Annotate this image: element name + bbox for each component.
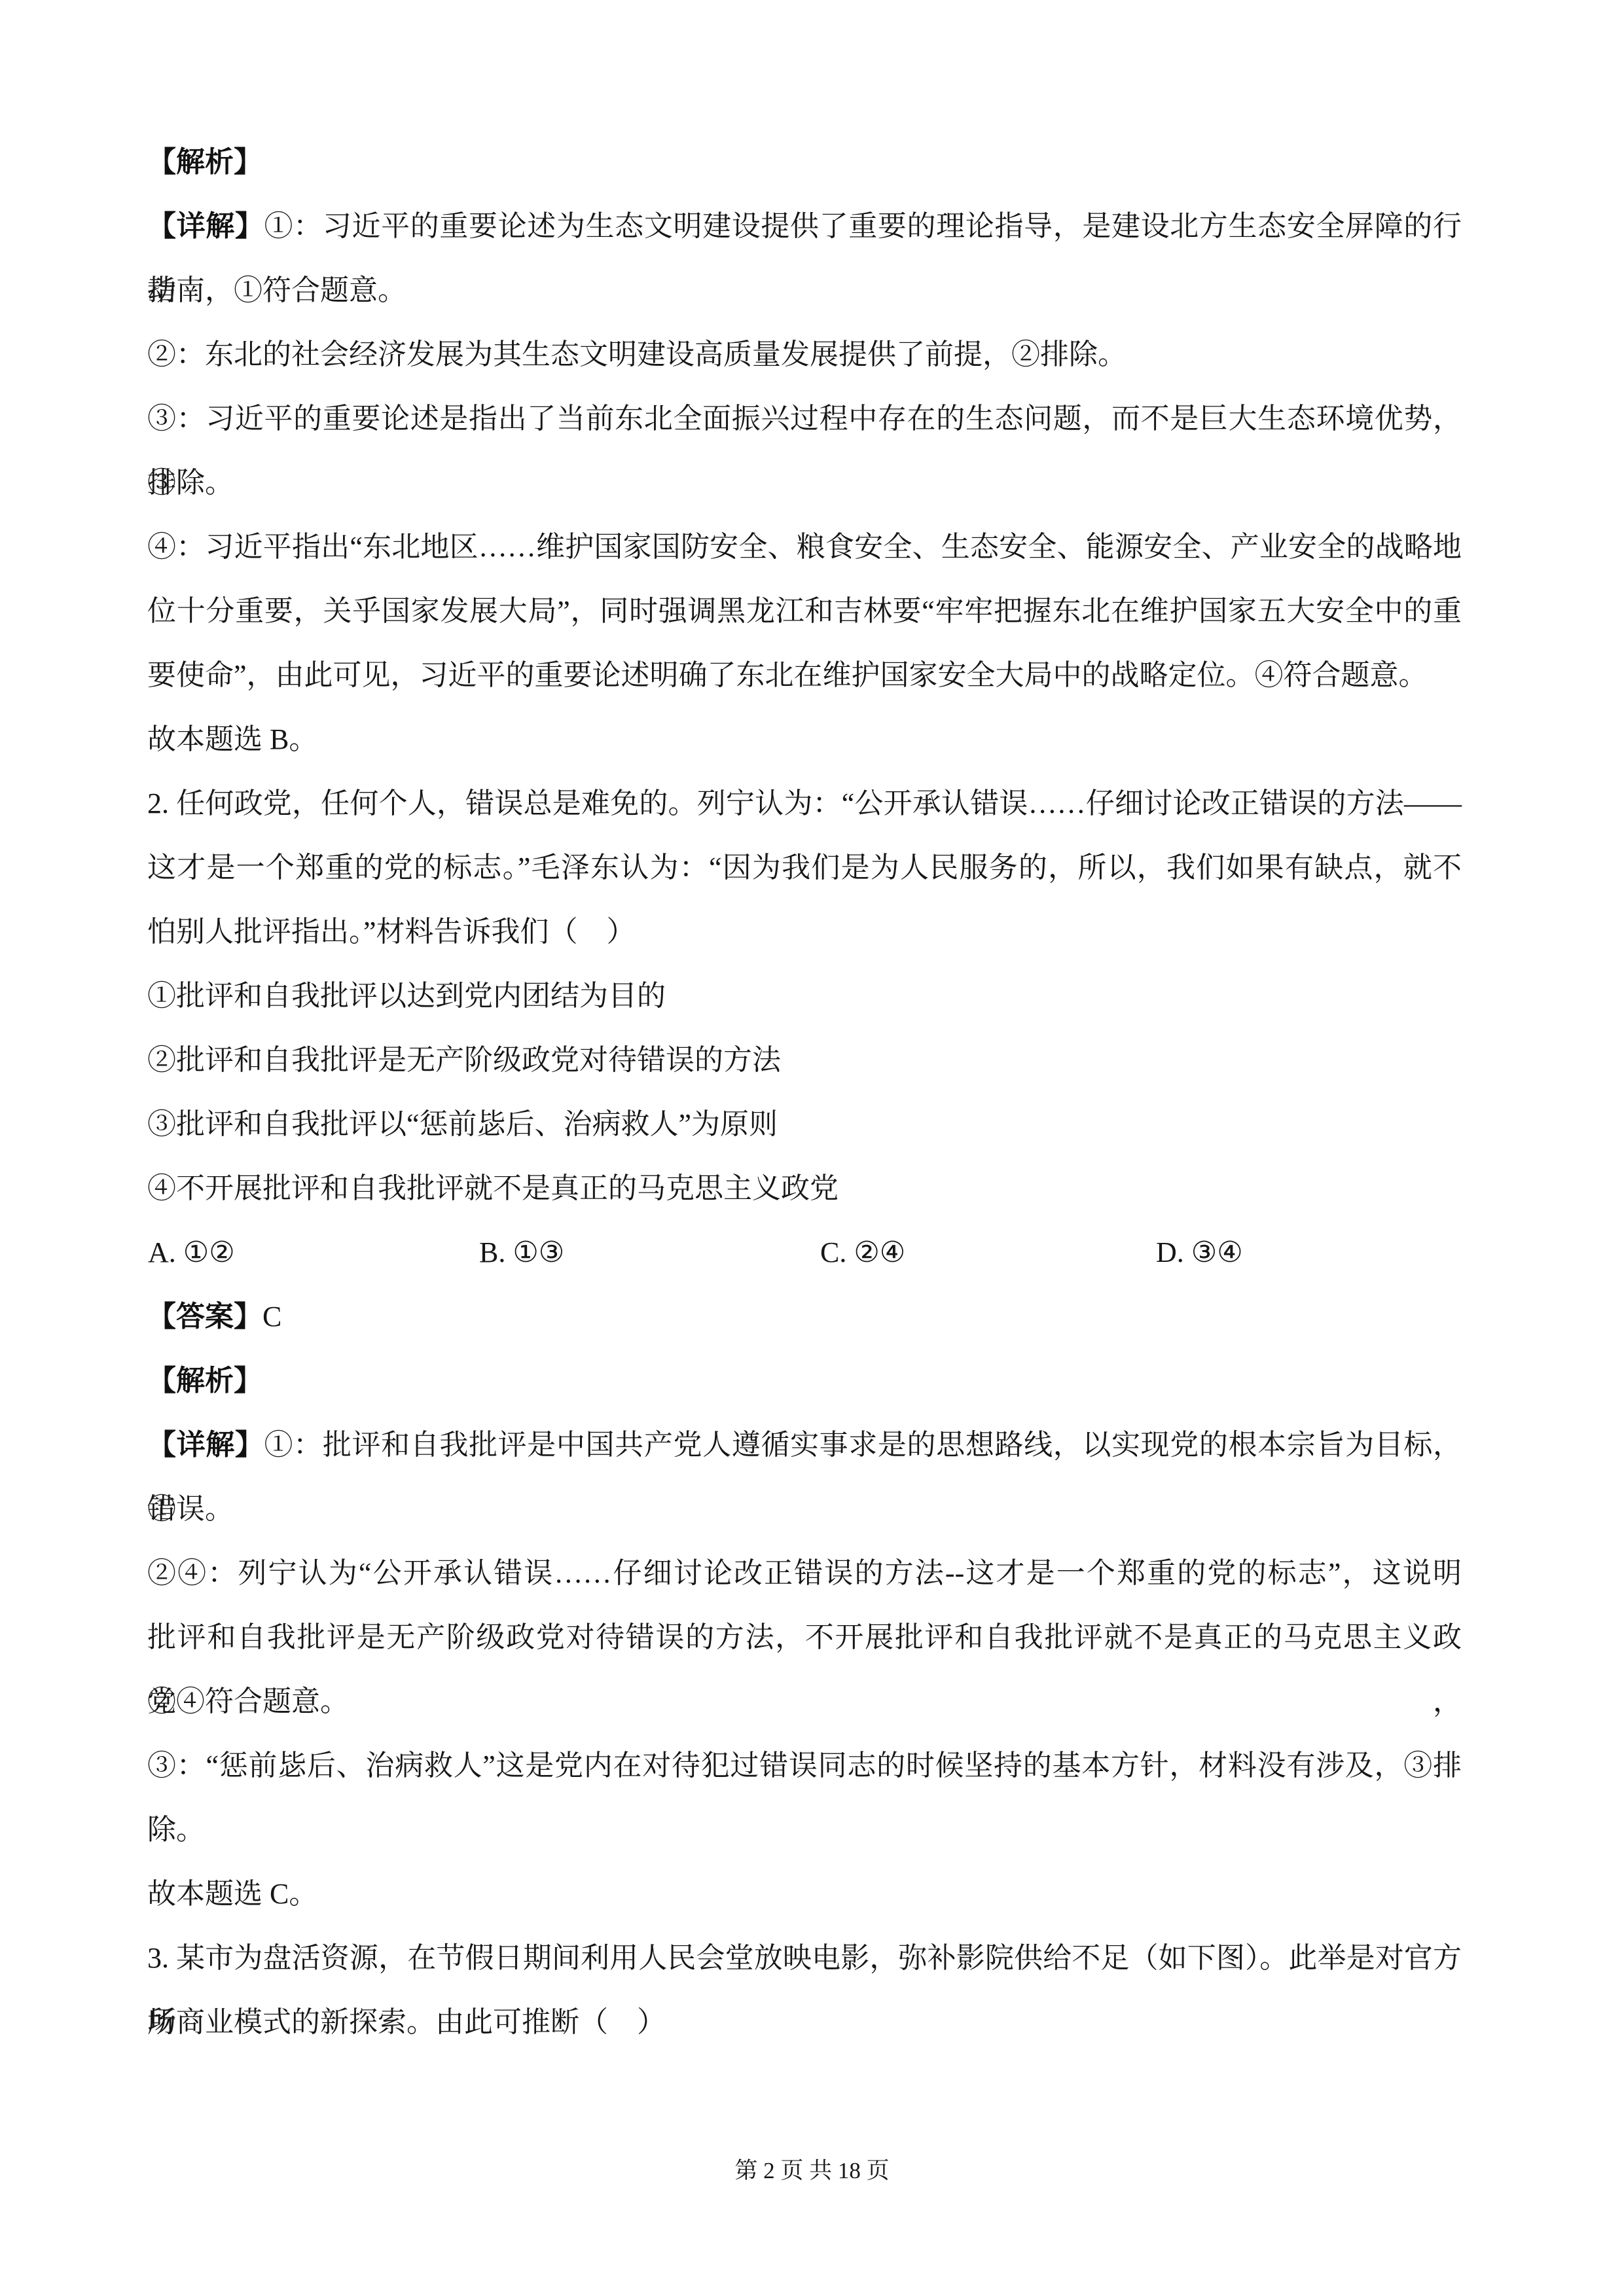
section-label: 【详解】 bbox=[147, 1429, 264, 1461]
q1-explanation-line: ④：习近平指出“东北地区……维护国家国防安全、粮食安全、生态安全、能源安全、产业… bbox=[147, 515, 1462, 579]
line-text: ③：“惩前毖后、治病救人”这是党内在对待犯过错误同志的时候坚持的基本方针，材料没… bbox=[147, 1749, 1462, 1782]
q2-statement-1: ①批评和自我批评以达到党内团结为目的 bbox=[147, 964, 1462, 1028]
line-text: 这才是一个郑重的党的标志。”毛泽东认为：“因为我们是为人民服务的，所以，我们如果… bbox=[147, 852, 1462, 884]
document-page: 【解析】 【详解】①：习近平的重要论述为生态文明建设提供了重要的理论指导，是建设… bbox=[0, 0, 1624, 2296]
q3-stem-line: 3. 某市为盘活资源，在节假日期间利用人民会堂放映电影，弥补影院供给不足（如下图… bbox=[147, 1926, 1462, 1990]
q2-answer-conclusion: 故本题选 C。 bbox=[147, 1862, 1462, 1926]
section-label: 【答案】 bbox=[147, 1300, 262, 1333]
line-text: ②：东北的社会经济发展为其生态文明建设高质量发展提供了前提，②排除。 bbox=[147, 338, 1127, 370]
line-text: 2. 任何政党，任何个人，错误总是难免的。列宁认为：“公开承认错误……仔细讨论改… bbox=[147, 787, 1462, 819]
line-text: ②批评和自我批评是无产阶级政党对待错误的方法 bbox=[147, 1044, 781, 1076]
q1-explanation-line: 排除。 bbox=[147, 451, 1462, 515]
q1-explanation-line: 要使命”，由此可见，习近平的重要论述明确了东北在维护国家安全大局中的战略定位。④… bbox=[147, 643, 1462, 708]
q2-explanation-line: 【详解】①：批评和自我批评是中国共产党人遵循实事求是的思想路线，以实现党的根本宗… bbox=[147, 1413, 1462, 1477]
option-c: C. ②④ bbox=[820, 1221, 905, 1285]
q3-stem-line: 所商业模式的新探索。由此可推断（ ） bbox=[147, 1990, 1462, 2054]
line-text: ②④符合题意。 bbox=[147, 1685, 349, 1717]
q1-explanation-line: ③：习近平的重要论述是指出了当前东北全面振兴过程中存在的生态问题，而不是巨大生态… bbox=[147, 387, 1462, 451]
line-text: ①批评和自我批评以达到党内团结为目的 bbox=[147, 980, 666, 1012]
q2-explanation-line: 除。 bbox=[147, 1798, 1462, 1862]
line-text: ④：习近平指出“东北地区……维护国家国防安全、粮食安全、生态安全、能源安全、产业… bbox=[147, 531, 1462, 563]
line-text: 排除。 bbox=[147, 467, 234, 499]
q2-explanation-line: ②④符合题意。 bbox=[147, 1670, 1462, 1734]
line-text: 指南，①符合题意。 bbox=[147, 274, 406, 306]
q2-stem-line: 2. 任何政党，任何个人，错误总是难免的。列宁认为：“公开承认错误……仔细讨论改… bbox=[147, 772, 1462, 836]
option-d: D. ③④ bbox=[1156, 1221, 1243, 1285]
line-text: 所商业模式的新探索。由此可推断（ ） bbox=[147, 2006, 666, 2038]
line-text: 错误。 bbox=[147, 1493, 234, 1525]
q2-explanation-line: 错误。 bbox=[147, 1477, 1462, 1541]
section-label: 【解析】 bbox=[147, 146, 262, 178]
q2-answer-line: 【答案】C bbox=[147, 1285, 1462, 1349]
line-text: ③批评和自我批评以“惩前毖后、治病救人”为原则 bbox=[147, 1108, 778, 1140]
q1-explanation-line: ②：东北的社会经济发展为其生态文明建设高质量发展提供了前提，②排除。 bbox=[147, 323, 1462, 387]
q1-explanation-line: 指南，①符合题意。 bbox=[147, 259, 1462, 323]
q2-statement-3: ③批评和自我批评以“惩前毖后、治病救人”为原则 bbox=[147, 1092, 1462, 1157]
option-b: B. ①③ bbox=[479, 1221, 564, 1285]
answer-value: C bbox=[262, 1300, 281, 1333]
q2-statement-4: ④不开展批评和自我批评就不是真正的马克思主义政党 bbox=[147, 1157, 1462, 1221]
page-footer: 第 2 页 共 18 页 bbox=[0, 2148, 1624, 2194]
q2-statement-2: ②批评和自我批评是无产阶级政党对待错误的方法 bbox=[147, 1028, 1462, 1092]
q2-stem-line: 怕别人批评指出。”材料告诉我们（ ） bbox=[147, 900, 1462, 964]
q2-options-row: A. ①② B. ①③ C. ②④ D. ③④ bbox=[147, 1221, 1462, 1285]
q1-explanation-line: 【详解】①：习近平的重要论述为生态文明建设提供了重要的理论指导，是建设北方生态安… bbox=[147, 194, 1462, 259]
line-text: ②④：列宁认为“公开承认错误……仔细讨论改正错误的方法--这才是一个郑重的党的标… bbox=[147, 1557, 1462, 1589]
document-body: 【解析】 【详解】①：习近平的重要论述为生态文明建设提供了重要的理论指导，是建设… bbox=[147, 130, 1462, 2054]
option-a: A. ①② bbox=[148, 1221, 235, 1285]
q1-explanation-line: 位十分重要，关乎国家发展大局”，同时强调黑龙江和吉林要“牢牢把握东北在维护国家五… bbox=[147, 579, 1462, 643]
q2-explanation-line: 批评和自我批评是无产阶级政党对待错误的方法，不开展批评和自我批评就不是真正的马克… bbox=[147, 1605, 1462, 1670]
line-text: 故本题选 C。 bbox=[147, 1878, 317, 1910]
line-text: 位十分重要，关乎国家发展大局”，同时强调黑龙江和吉林要“牢牢把握东北在维护国家五… bbox=[147, 595, 1462, 627]
q1-analysis-label: 【解析】 bbox=[147, 130, 1462, 194]
line-text: 除。 bbox=[147, 1814, 205, 1846]
line-text: 故本题选 B。 bbox=[147, 723, 317, 755]
section-label: 【解析】 bbox=[147, 1365, 262, 1397]
q2-stem-line: 这才是一个郑重的党的标志。”毛泽东认为：“因为我们是为人民服务的，所以，我们如果… bbox=[147, 836, 1462, 900]
q2-explanation-line: ②④：列宁认为“公开承认错误……仔细讨论改正错误的方法--这才是一个郑重的党的标… bbox=[147, 1541, 1462, 1605]
line-text: 怕别人批评指出。”材料告诉我们（ ） bbox=[147, 916, 636, 948]
line-text: 要使命”，由此可见，习近平的重要论述明确了东北在维护国家安全大局中的战略定位。④… bbox=[147, 659, 1428, 691]
section-label: 【详解】 bbox=[147, 210, 264, 242]
q2-analysis-label: 【解析】 bbox=[147, 1349, 1462, 1413]
q1-answer-conclusion: 故本题选 B。 bbox=[147, 708, 1462, 772]
q2-explanation-line: ③：“惩前毖后、治病救人”这是党内在对待犯过错误同志的时候坚持的基本方针，材料没… bbox=[147, 1734, 1462, 1798]
line-text: ④不开展批评和自我批评就不是真正的马克思主义政党 bbox=[147, 1172, 839, 1204]
